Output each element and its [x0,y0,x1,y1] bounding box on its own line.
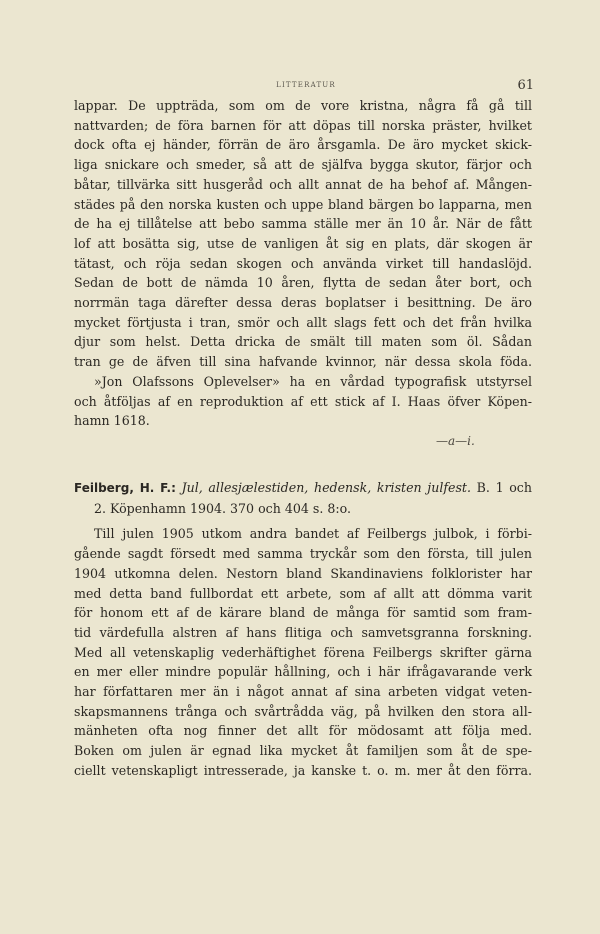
text-line: gående sagdt försedt med samma tryckår s… [74,544,532,564]
page-header: LITTERATUR 61 [72,78,540,94]
review-entry-feilberg: Feilberg, H. F.: Jul, allesjælestiden, h… [74,478,532,781]
text-line: Boken om julen är egnad lika mycket åt f… [74,741,532,761]
text-line: 1904 utkomna delen. Nestorn bland Skandi… [74,564,532,584]
text-line: lof att bosätta sig, utse de vanligen åt… [74,234,532,254]
text-line: en mer eller mindre populär hållning, oc… [74,662,532,682]
text-line: mycket förtjusta i tran, smör och allt s… [74,313,532,333]
text-line: Till julen 1905 utkom andra bandet af Fe… [74,524,532,544]
text-line: mänheten ofta nog finner det allt för mö… [74,721,532,741]
bibliographic-heading: Feilberg, H. F.: Jul, allesjælestiden, h… [74,478,532,499]
entry-volume: B. 1 och [477,480,532,495]
running-head: LITTERATUR [72,81,540,89]
text-line: tid värdefulla alstren af hans flitiga o… [74,623,532,643]
text-line: ciellt vetenskapligt intresserade, ja ka… [74,761,532,781]
review-block-1: lappar. De uppträda, som om de vore kris… [74,96,532,431]
text-line: liga snickare och smeder, så att de själ… [74,155,532,175]
text-line: och åtföljas af en reproduktion af ett s… [74,392,532,412]
text-line: tätast, och röja sedan skogen och använd… [74,254,532,274]
text-line: de ha ej tillåtelse att bebo samma ställ… [74,214,532,234]
text-line: Med all vetenskaplig vederhäftighet före… [74,643,532,663]
reviewer-signature: —a—i. [436,434,475,448]
entry-author: Feilberg, H. F.: [74,481,176,495]
text-line: hamn 1618. [74,411,532,431]
text-line: norrmän taga därefter dessa deras boplat… [74,293,532,313]
text-line: djur som helst. Detta dricka de smält ti… [74,332,532,352]
text-line: städes på den norska kusten och uppe bla… [74,195,532,215]
text-line: skapsmannens trånga och svårtrådda väg, … [74,702,532,722]
text-line: dock ofta ej händer, förrän de äro årsga… [74,135,532,155]
text-line: för honom ett af de kärare bland de mång… [74,603,532,623]
page-number: 61 [517,78,534,93]
text-line: båtar, tillvärka sitt husgeråd och allt … [74,175,532,195]
text-line: har författaren mer än i något annat af … [74,682,532,702]
text-line: Sedan de bott de nämda 10 åren, flytta d… [74,273,532,293]
text-line: med detta band fullbordat ett arbete, so… [74,584,532,604]
text-line: »Jon Olafssons Oplevelser» ha en vårdad … [74,372,532,392]
text-line: lappar. De uppträda, som om de vore kris… [74,96,532,116]
bibliographic-details: 2. Köpenhamn 1904. 370 och 404 s. 8:o. [74,499,532,519]
entry-title: Jul, allesjælestiden, hedensk, kristen j… [182,480,471,495]
text-line: nattvarden; de föra barnen för att döpas… [74,116,532,136]
text-line: tran ge de äfven till sina hafvande kvin… [74,352,532,372]
